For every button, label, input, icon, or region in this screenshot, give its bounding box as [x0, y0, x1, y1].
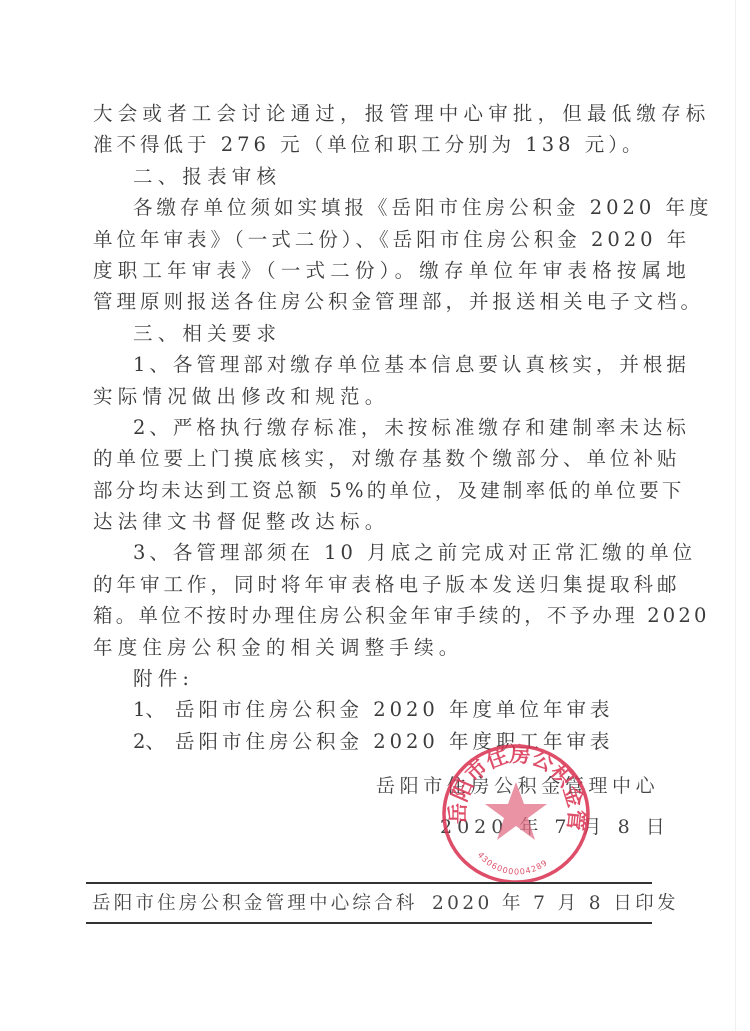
- paragraph-line: 管理原则报送各住房公积金管理部，并报送相关电子文档。: [93, 286, 613, 317]
- paragraph-line: 2、严格执行缴存标准，未按标准缴存和建制率未达标: [93, 412, 613, 443]
- svg-text:4306000004289: 4306000004289: [476, 850, 550, 876]
- footer-issue-date: 2020 年 7 月 8 日印发: [432, 889, 679, 915]
- paragraph-line: 度职工年审表》（一式二份）。缴存单位年审表格按属地: [93, 255, 613, 286]
- paragraph-line: 达法律文书督促整改达标。: [93, 506, 613, 537]
- paragraph-line: 的年审工作，同时将年审表格电子版本发送归集提取科邮: [93, 569, 613, 600]
- paragraph-line: 3、各管理部须在 10 月底之前完成对正常汇缴的单位: [93, 537, 613, 568]
- page-edge: [735, 0, 736, 1031]
- paragraph-line: 部分均未达到工资总额 5%的单位，及建制率低的单位要下: [93, 475, 613, 506]
- paragraph-line: 单位年审表》（一式二份）、《岳阳市住房公积金 2020 年: [93, 224, 613, 255]
- paragraph-line: 准不得低于 276 元（单位和职工分别为 138 元）。: [93, 129, 613, 160]
- section-heading-requirements: 三、相关要求: [93, 318, 613, 349]
- paragraph-line: 1、各管理部对缴存单位基本信息要认真核实，并根据: [93, 349, 613, 380]
- paragraph-line: 箱。单位不按时办理住房公积金年审手续的，不予办理 2020: [93, 600, 613, 631]
- attachment-item: 1、岳阳市住房公积金 2020 年度单位年审表: [93, 694, 613, 725]
- section-heading-report-review: 二、报表审核: [93, 161, 613, 192]
- attachment-number: 1、: [133, 694, 175, 725]
- paragraph-line: 实际情况做出修改和规范。: [93, 381, 613, 412]
- signature-date: 2020 年 7 月 8 日: [440, 812, 670, 839]
- footer-rule-bottom: [86, 922, 652, 924]
- paragraph-line: 各缴存单位须如实填报《岳阳市住房公积金 2020 年度: [93, 192, 613, 223]
- footer-issuer: 岳阳市住房公积金管理中心综合科: [92, 889, 418, 915]
- attachment-number: 2、: [133, 726, 175, 757]
- document-body: 大会或者工会讨论通过，报管理中心审批，但最低缴存标 准不得低于 276 元（单位…: [93, 98, 613, 757]
- attachment-title: 岳阳市住房公积金 2020 年度职工年审表: [175, 730, 614, 753]
- signature-org: 岳阳市住房公积金管理中心: [376, 771, 659, 798]
- attachment-item: 2、岳阳市住房公积金 2020 年度职工年审表: [93, 726, 613, 757]
- attachment-title: 岳阳市住房公积金 2020 年度单位年审表: [175, 698, 614, 721]
- seal-code: 4306000004289: [476, 850, 550, 876]
- footer-rule-top: [86, 882, 652, 884]
- paragraph-line: 年度住房公积金的相关调整手续。: [93, 632, 613, 663]
- paragraph-line: 大会或者工会讨论通过，报管理中心审批，但最低缴存标: [93, 98, 613, 129]
- attachments-label: 附件:: [93, 663, 613, 694]
- paragraph-line: 的单位要上门摸底核实，对缴存基数个缴部分、单位补贴: [93, 443, 613, 474]
